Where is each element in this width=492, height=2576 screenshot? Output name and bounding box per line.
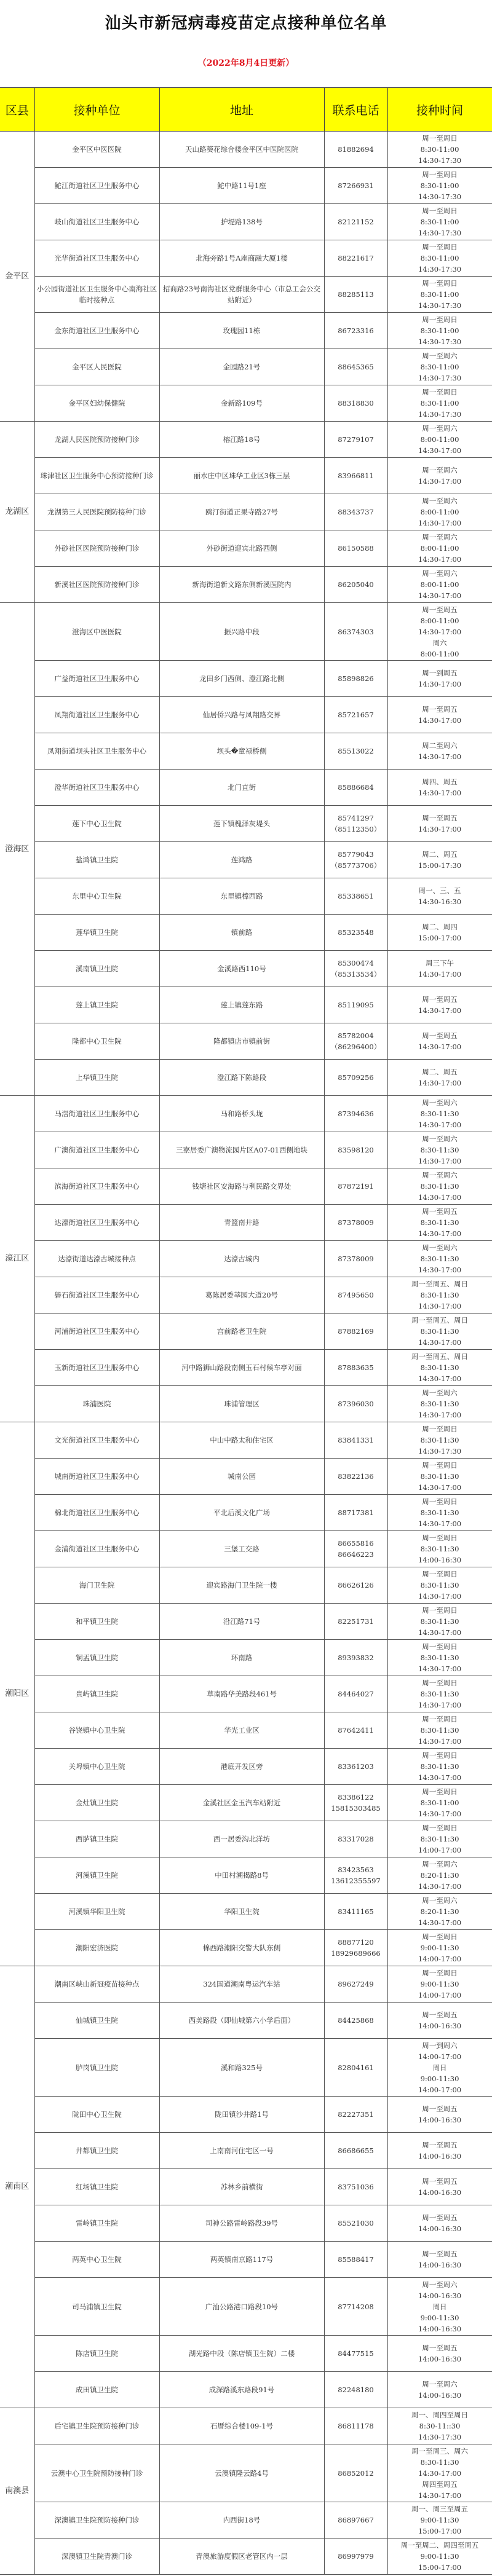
schedule-line: 14:30-17:30 <box>390 300 490 311</box>
address-cell: 金园路21号 <box>159 349 324 385</box>
phone-number: 85898826 <box>327 673 386 684</box>
schedule-cell: 周三下午14:30-17:00 <box>387 951 492 987</box>
table-row: 莲上镇卫生院莲上镇莲东路85119095周一至周五14:30-17:00 <box>0 987 492 1023</box>
schedule-line: 9:00-11:30 <box>390 2515 490 2526</box>
table-row: 澄海区澄海区中医医院振兴路中段86374303周一至周五8:00-11:0014… <box>0 603 492 661</box>
unit-name-cell: 莲华镇卫生院 <box>34 915 159 951</box>
table-row: 陈店镇卫生院湖光路中段（陈店镇卫生院）二楼84477515周一至周五14:00-… <box>0 2336 492 2372</box>
phone-cell: 85782004（86296400） <box>324 1023 387 1060</box>
phone-number: 86852012 <box>327 2468 386 2479</box>
schedule-line: 14:00-16:30 <box>390 1554 490 1566</box>
schedule-line: 周一至周五、周日 <box>390 1351 490 1362</box>
phone-cell: 83361203 <box>324 1749 387 1785</box>
phone-cell: 88318830 <box>324 385 387 422</box>
phone-number: 86626126 <box>327 1580 386 1591</box>
phone-cell: 87378009 <box>324 1205 387 1241</box>
schedule-line: 14:30-17:30 <box>390 2432 490 2443</box>
phone-number: 85741297 <box>327 813 386 824</box>
schedule-line: 14:30-17:00 <box>390 1337 490 1348</box>
phone-cell: 87882169 <box>324 1314 387 1350</box>
phone-number: 85588417 <box>327 2254 386 2265</box>
unit-name-cell: 胪岗镇卫生院 <box>34 2039 159 2097</box>
unit-name-cell: 红场镇卫生院 <box>34 2169 159 2205</box>
phone-number: 86686655 <box>327 2145 386 2156</box>
phone-cell: 88645365 <box>324 349 387 385</box>
schedule-line: 14:30-17:00 <box>390 1119 490 1130</box>
schedule-cell: 周一至周六8:30-11:0014:30-17:30 <box>387 349 492 385</box>
district-cell: 金平区 <box>0 132 34 422</box>
schedule-line: 8:30-11:00 <box>390 325 490 336</box>
schedule-line: 周一至周五 <box>390 1030 490 1041</box>
unit-name-cell: 金平区中医医院 <box>34 132 159 168</box>
phone-cell: 86997979 <box>324 2539 387 2575</box>
phone-number: 84477515 <box>327 2348 386 2359</box>
schedule-line: 周一至周日 <box>390 1641 490 1652</box>
address-cell: 招商路23号南海社区党群服务中心（市总工会公交站附近） <box>159 277 324 313</box>
phone-cell: 87714208 <box>324 2278 387 2336</box>
district-cell: 龙湖区 <box>0 422 34 603</box>
schedule-line: 15:00-17:00 <box>390 932 490 943</box>
unit-name-cell: 深澳镇卫生院青澳门诊 <box>34 2539 159 2575</box>
district-cell: 澄海区 <box>0 603 34 1096</box>
phone-number: 88717381 <box>327 1507 386 1518</box>
phone-number: 87883635 <box>327 1362 386 1373</box>
schedule-cell: 周一至周日9:00-11:3014:00-17:00 <box>387 1930 492 1966</box>
table-row: 莲下中心卫生院莲下镇槐泽灰堤头85741297（85112350）周一至周五14… <box>0 806 492 842</box>
phone-number: 86205040 <box>327 579 386 590</box>
table-row: 金平区妇幼保健院金新路109号88318830周一至周日8:30-11:0014… <box>0 385 492 422</box>
address-cell: 鮀中路11号1座 <box>159 168 324 204</box>
schedule-line: 8:30-11:00 <box>390 361 490 372</box>
schedule-line: 8:30-11:30 <box>390 1507 490 1518</box>
schedule-line: 周四、周五 <box>390 776 490 787</box>
address-cell: 河中路狮山路段南侧玉石村候车亭对面 <box>159 1350 324 1386</box>
table-row: 深澳镇卫生院青澳门诊青澳旅游度假区老管区内一层86997979周一至周二、周四至… <box>0 2539 492 2575</box>
schedule-line: 8:30-11:00 <box>390 144 490 155</box>
address-cell: 外砂街道迎宾北路西侧 <box>159 530 324 567</box>
schedule-cell: 周四、周五14:30-17:00 <box>387 770 492 806</box>
schedule-line: 14:00-16:30 <box>390 2020 490 2031</box>
schedule-line: 14:30-17:00 <box>390 2468 490 2479</box>
schedule-line: 14:30-17:00 <box>390 787 490 798</box>
schedule-line: 14:00-17:00 <box>390 2084 490 2095</box>
table-row: 小公园街道社区卫生服务中心南海社区临时接种点招商路23号南海社区党群服务中心（市… <box>0 277 492 313</box>
schedule-line: 周一至周五 <box>390 604 490 615</box>
district-cell: 濠江区 <box>0 1096 34 1422</box>
table-row: 潮阳区文光街道社区卫生服务中心中山中路太和住宅区83841331周一至周日8:3… <box>0 1422 492 1459</box>
phone-number: 86811178 <box>327 2420 386 2432</box>
phone-number: 88285113 <box>327 289 386 300</box>
phone-number: 83411165 <box>327 1906 386 1917</box>
unit-name-cell: 玉新街道社区卫生服务中心 <box>34 1350 159 1386</box>
schedule-cell: 周一至周日8:30-11:3014:30-17:30 <box>387 1422 492 1459</box>
schedule-line: 8:30-11:30 <box>390 1688 490 1700</box>
schedule-line: 15:00-17:00 <box>390 2562 490 2573</box>
schedule-cell: 周一至周日8:30-11:0014:30-17:30 <box>387 277 492 313</box>
schedule-line: 14:00-16:30 <box>390 2290 490 2301</box>
phone-number: （85112350） <box>327 824 386 835</box>
schedule-line: 周一至周日 <box>390 242 490 253</box>
unit-name-cell: 礐石街道社区卫生服务中心 <box>34 1277 159 1314</box>
unit-name-cell: 西胪镇卫生院 <box>34 1821 159 1857</box>
unit-name-cell: 雷岭镇卫生院 <box>34 2205 159 2242</box>
schedule-line: 周一至周六 <box>390 1895 490 1906</box>
phone-number: 83317028 <box>327 1834 386 1845</box>
address-cell: 草南路华美路段461号 <box>159 1676 324 1712</box>
schedule-cell: 周一至周日8:30-11:0014:30-17:30 <box>387 313 492 349</box>
address-cell: 成深路溪东路段91号 <box>159 2372 324 2408</box>
address-cell: 金新路109号 <box>159 385 324 422</box>
address-cell: 宫前路老卫生院 <box>159 1314 324 1350</box>
schedule-line: 8:30-11:30 <box>390 1652 490 1663</box>
table-row: 达濠街道达濠古城接种点达濠古城内87378009周一至周六8:30-11:301… <box>0 1241 492 1277</box>
schedule-line: 8:30-11::30 <box>390 2420 490 2432</box>
table-row: 西胪镇卫生院西一居委沟北洋坊83317028周一至周日8:30-11:3014:… <box>0 1821 492 1857</box>
schedule-cell: 周一至周日8:30-11:3014:30-17:00 <box>387 1749 492 1785</box>
unit-name-cell: 司马浦镇卫生院 <box>34 2278 159 2336</box>
schedule-cell: 周一至周五14:00-16:30 <box>387 2133 492 2169</box>
phone-cell: 85513022 <box>324 733 387 770</box>
schedule-line: 14:30-17:30 <box>390 372 490 384</box>
unit-name-cell: 和平镇卫生院 <box>34 1604 159 1640</box>
table-row: 云澳中心卫生院预防接种门诊云澳镇隆云路4号86852012周一至周三、周六8:3… <box>0 2444 492 2502</box>
unit-name-cell: 城南街道社区卫生服务中心 <box>34 1459 159 1495</box>
phone-cell: 88717381 <box>324 1495 387 1531</box>
phone-number: 85119095 <box>327 999 386 1010</box>
phone-cell: 86723316 <box>324 313 387 349</box>
schedule-cell: 周一至周六8:30-11:3014:30-17:00 <box>387 1096 492 1132</box>
address-cell: 莲鸿路 <box>159 842 324 878</box>
table-row: 铜盂镇卫生院环南路89393832周一至周日8:30-11:3014:30-17… <box>0 1640 492 1676</box>
unit-name-cell: 棉北街道社区卫生服务中心 <box>34 1495 159 1531</box>
schedule-line: 8:00-11:00 <box>390 648 490 660</box>
unit-name-cell: 新溪社区医院预防接种门诊 <box>34 567 159 603</box>
table-row: 城南街道社区卫生服务中心城南公园83822136周一至周日8:30-11:301… <box>0 1459 492 1495</box>
schedule-cell: 周一至周六8:30-11:3014:30-17:00 <box>387 1132 492 1168</box>
schedule-line: 14:30-17:00 <box>390 969 490 980</box>
schedule-line: 14:30-17:00 <box>390 679 490 690</box>
schedule-line: 9:00-11:30 <box>390 1942 490 1953</box>
phone-cell: 85709256 <box>324 1060 387 1096</box>
phone-number: 86150588 <box>327 543 386 554</box>
unit-name-cell: 光华街道社区卫生服务中心 <box>34 240 159 277</box>
table-row: 仙城镇卫生院西美路段（即仙城第六小学后面）84425868周一至周五14:00-… <box>0 2003 492 2039</box>
header-address: 地址 <box>159 88 324 132</box>
schedule-cell: 周一至周日8:30-11:3014:30-17:00 <box>387 1640 492 1676</box>
unit-name-cell: 河浦街道社区卫生服务中心 <box>34 1314 159 1350</box>
table-row: 和平镇卫生院沿江路71号82251731周一至周日8:30-11:3014:30… <box>0 1604 492 1640</box>
unit-name-cell: 潮阳宏济医院 <box>34 1930 159 1966</box>
phone-cell: 8342356313612355597 <box>324 1857 387 1894</box>
address-cell: 石厝综合楼109-1号 <box>159 2408 324 2444</box>
phone-cell: 83841331 <box>324 1422 387 1459</box>
unit-name-cell: 云澳中心卫生院预防接种门诊 <box>34 2444 159 2502</box>
schedule-line: 周一到周五 <box>390 668 490 679</box>
schedule-line: 14:30-17:30 <box>390 1446 490 1457</box>
address-cell: 内西街18号 <box>159 2502 324 2539</box>
schedule-line: 8:30-11:00 <box>390 216 490 227</box>
district-cell: 潮南区 <box>0 1966 34 2408</box>
schedule-cell: 周一至周五14:00-16:30 <box>387 2336 492 2372</box>
table-row: 龙湖区龙湖人民医院预防接种门诊榕江路18号87279107周一至周六8:00-1… <box>0 422 492 458</box>
address-cell: 平北后溪文化广场 <box>159 1495 324 1531</box>
phone-number: 18929689666 <box>327 1948 386 1959</box>
schedule-line: 8:30-11:30 <box>390 1543 490 1554</box>
unit-name-cell: 外砂社区医院预防接种门诊 <box>34 530 159 567</box>
schedule-line: 15:00-17:30 <box>390 860 490 871</box>
schedule-cell: 周一、周四至周日8:30-11::3014:30-17:30 <box>387 2408 492 2444</box>
address-cell: 坝头�童禄桥侧 <box>159 733 324 770</box>
schedule-line: 周一至周六 <box>390 465 490 476</box>
schedule-line: 14:30-17:00 <box>390 445 490 456</box>
unit-name-cell: 岐山街道社区卫生服务中心 <box>34 204 159 240</box>
unit-name-cell: 成田镇卫生院 <box>34 2372 159 2408</box>
schedule-line: 14:00-17:00 <box>390 1845 490 1856</box>
address-cell: 司神公路雷岭路段39号 <box>159 2205 324 2242</box>
schedule-line: 周一至周五 <box>390 2342 490 2353</box>
schedule-cell: 周一至周六8:00-11:0014:30-17:00 <box>387 567 492 603</box>
schedule-line: 周一至周五 <box>390 2248 490 2259</box>
schedule-line: 周一至周五 <box>390 2212 490 2223</box>
schedule-line: 14:00-16:30 <box>390 2223 490 2234</box>
phone-number: 85513022 <box>327 746 386 757</box>
schedule-line: 14:00-16:30 <box>390 2187 490 2198</box>
phone-number: 89627249 <box>327 1979 386 1990</box>
table-row: 潮阳宏济医院棉西路潮阳交警大队东侧8887712018929689666周一至周… <box>0 1930 492 1966</box>
phone-number: 82121152 <box>327 216 386 227</box>
table-row: 南澳县后宅镇卫生院预防接种门诊石厝综合楼109-1号86811178周一、周四至… <box>0 2408 492 2444</box>
phone-number: 84464027 <box>327 1688 386 1700</box>
schedule-cell: 周一至周五14:30-17:00 <box>387 806 492 842</box>
unit-name-cell: 隆都中心卫生院 <box>34 1023 159 1060</box>
phone-number: 83751036 <box>327 2181 386 2192</box>
schedule-cell: 周一至周六14:30-17:00 <box>387 458 492 494</box>
table-row: 棉北街道社区卫生服务中心平北后溪文化广场88717381周一至周日8:30-11… <box>0 1495 492 1531</box>
unit-name-cell: 关埠镇中心卫生院 <box>34 1749 159 1785</box>
phone-cell: 89627249 <box>324 1966 387 2003</box>
update-date-subtitle: （2022年8月4日更新） <box>0 38 492 87</box>
schedule-line: 14:30-17:30 <box>390 336 490 347</box>
address-cell: 北门直街 <box>159 770 324 806</box>
table-row: 溪南镇卫生院金溪路西110号85300474（85313534）周三下午14:3… <box>0 951 492 987</box>
schedule-line: 14:30-17:30 <box>390 264 490 275</box>
phone-cell: 83822136 <box>324 1459 387 1495</box>
schedule-cell: 周一到周五14:30-17:00 <box>387 661 492 697</box>
schedule-line: 周一、周四至周日 <box>390 2409 490 2420</box>
phone-number: 86646223 <box>327 1549 386 1560</box>
schedule-cell: 周一至周日8:30-11:0014:30-17:30 <box>387 168 492 204</box>
schedule-line: 9:00-11:30 <box>390 2312 490 2323</box>
schedule-line: 8:30-11:00 <box>390 1797 490 1808</box>
address-cell: 镇前路 <box>159 915 324 951</box>
schedule-line: 8:00-11:00 <box>390 579 490 590</box>
address-cell: 澄江路下陈路段 <box>159 1060 324 1096</box>
address-cell: 榕江路18号 <box>159 422 324 458</box>
phone-number: （85773706） <box>327 860 386 871</box>
address-cell: 三堡工交路 <box>159 1531 324 1567</box>
address-cell: 三寮居委广澳物流园片区A07-01西侧地块 <box>159 1132 324 1168</box>
schedule-line: 9:00-11:30 <box>390 1979 490 1990</box>
phone-cell: 86150588 <box>324 530 387 567</box>
phone-number: 82251731 <box>327 1616 386 1627</box>
schedule-line: 8:30-11:30 <box>390 1362 490 1373</box>
address-cell: 莲下镇槐泽灰堤头 <box>159 806 324 842</box>
schedule-cell: 周一至周五、周日8:30-11:3014:30-17:00 <box>387 1277 492 1314</box>
schedule-line: 8:20-11:30 <box>390 1870 490 1881</box>
schedule-cell: 周一至周日9:00-11:3014:00-17:00 <box>387 1966 492 2003</box>
schedule-cell: 周一至周五、周日8:30-11:3014:30-17:00 <box>387 1314 492 1350</box>
unit-name-cell: 澄华街道社区卫生服务中心 <box>34 770 159 806</box>
phone-number: 83822136 <box>327 1471 386 1482</box>
vaccination-sites-table: 区县 接种单位 地址 联系电话 接种时间 金平区金平区中医医院天山路葵花综合楼金… <box>0 87 492 2575</box>
phone-cell: 85721657 <box>324 697 387 733</box>
phone-cell: 84477515 <box>324 2336 387 2372</box>
schedule-line: 周一至周六 <box>390 2379 490 2390</box>
unit-name-cell: 河溪镇华阳卫生院 <box>34 1894 159 1930</box>
address-cell: 天山路葵花综合楼金平区中医院医院 <box>159 132 324 168</box>
schedule-line: 14:30-17:00 <box>390 1077 490 1089</box>
schedule-line: 14:30-17:30 <box>390 155 490 166</box>
table-row: 陇田中心卫生院陇田镇沙井路1号82227351周一至周五14:00-16:30 <box>0 2097 492 2133</box>
table-row: 光华街道社区卫生服务中心北海旁路1号A座商融大厦1楼88221617周一至周日8… <box>0 240 492 277</box>
unit-name-cell: 贵屿镇卫生院 <box>34 1676 159 1712</box>
schedule-line: 周一至周六 <box>390 1170 490 1181</box>
phone-cell: 82227351 <box>324 2097 387 2133</box>
address-cell: 324国道潮南粤运汽车站 <box>159 1966 324 2003</box>
header-time: 接种时间 <box>387 88 492 132</box>
schedule-cell: 周一至周五14:00-16:30 <box>387 2003 492 2039</box>
address-cell: 广汕公路港口路段10号 <box>159 2278 324 2336</box>
schedule-line: 周一至周五 <box>390 994 490 1005</box>
phone-cell: 85338651 <box>324 878 387 915</box>
phone-number: 88221617 <box>327 253 386 264</box>
schedule-line: 9:00-11:30 <box>390 2073 490 2084</box>
table-row: 雷岭镇卫生院司神公路雷岭路段39号85521030周一至周五14:00-16:3… <box>0 2205 492 2242</box>
phone-cell: 87396030 <box>324 1386 387 1422</box>
phone-cell: 83966811 <box>324 458 387 494</box>
address-cell: 龙田乡门西侧、澄江路北侧 <box>159 661 324 697</box>
address-cell: 城南公园 <box>159 1459 324 1495</box>
schedule-line: 周一至周日 <box>390 1822 490 1834</box>
phone-number: 85721657 <box>327 709 386 720</box>
schedule-line: 8:30-11:30 <box>390 1616 490 1627</box>
phone-cell: 85323548 <box>324 915 387 951</box>
unit-name-cell: 达濠街道社区卫生服务中心 <box>34 1205 159 1241</box>
phone-cell: 87872191 <box>324 1168 387 1205</box>
schedule-line: 14:00-16:30 <box>390 2390 490 2401</box>
schedule-line: 14:00-16:30 <box>390 2114 490 2125</box>
phone-number: 86374303 <box>327 626 386 637</box>
unit-name-cell: 上华镇卫生院 <box>34 1060 159 1096</box>
phone-cell: 81882694 <box>324 132 387 168</box>
schedule-line: 14:30-16:30 <box>390 896 490 907</box>
unit-name-cell: 小公园街道社区卫生服务中心南海社区临时接种点 <box>34 277 159 313</box>
table-row: 隆都中心卫生院隆都镇店市镇前街85782004（86296400）周一至周五14… <box>0 1023 492 1060</box>
phone-cell: 86374303 <box>324 603 387 661</box>
schedule-line: 8:30-11:30 <box>390 1253 490 1264</box>
schedule-line: 周一至周日 <box>390 133 490 144</box>
unit-name-cell: 铜盂镇卫生院 <box>34 1640 159 1676</box>
phone-number: 81882694 <box>327 144 386 155</box>
phone-cell: 85300474（85313534） <box>324 951 387 987</box>
phone-number: 86897667 <box>327 2515 386 2526</box>
schedule-cell: 周一至周六8:00-11:0014:30-17:00 <box>387 494 492 530</box>
schedule-cell: 周一至周日8:30-11:0014:30-17:30 <box>387 240 492 277</box>
address-cell: 云澳镇隆云路4号 <box>159 2444 324 2502</box>
schedule-line: 8:30-11:30 <box>390 1144 490 1156</box>
phone-cell: 82804161 <box>324 2039 387 2097</box>
address-cell: 钱塘社区安海路与利民路交界处 <box>159 1168 324 1205</box>
table-row: 达濠街道社区卫生服务中心青篮南井路87378009周一至周五8:30-11:30… <box>0 1205 492 1241</box>
schedule-line: 8:30-11:30 <box>390 1834 490 1845</box>
table-header-row: 区县 接种单位 地址 联系电话 接种时间 <box>0 88 492 132</box>
schedule-line: 15:00-17:00 <box>390 2526 490 2537</box>
schedule-line: 14:30-17:00 <box>390 1700 490 1711</box>
table-row: 海门卫生院迎宾路海门卫生院一楼86626126周一至周日8:30-11:3014… <box>0 1567 492 1604</box>
unit-name-cell: 潮南区峡山新冠疫苗接种点 <box>34 1966 159 2003</box>
schedule-cell: 周一至周日8:30-11:0014:30-17:30 <box>387 132 492 168</box>
phone-cell: 85898826 <box>324 661 387 697</box>
phone-number: 83361203 <box>327 1761 386 1772</box>
schedule-cell: 周一至周六8:00-11:0014:30-17:00 <box>387 422 492 458</box>
unit-name-cell: 溪南镇卫生院 <box>34 951 159 987</box>
schedule-line: 周一至周六 <box>390 495 490 506</box>
schedule-line: 14:00-17:00 <box>390 1990 490 2001</box>
schedule-line: 14:30-17:00 <box>390 1808 490 1819</box>
unit-name-cell: 珠津社区卫生服务中心预防接种门诊 <box>34 458 159 494</box>
schedule-line: 周一至周日 <box>390 1532 490 1543</box>
schedule-line: 周一至周六 <box>390 1097 490 1108</box>
schedule-line: 14:00-16:30 <box>390 2353 490 2365</box>
schedule-line: 14:30-17:00 <box>390 590 490 601</box>
phone-cell: 85588417 <box>324 2242 387 2278</box>
schedule-line: 14:00-16:30 <box>390 2323 490 2334</box>
schedule-line: 周一至周六 <box>390 1387 490 1398</box>
schedule-line: 周一至周日 <box>390 1496 490 1507</box>
address-cell: 迎宾路海门卫生院一楼 <box>159 1567 324 1604</box>
unit-name-cell: 谷饶镇中心卫生院 <box>34 1712 159 1749</box>
schedule-line: 周日 <box>390 2301 490 2312</box>
schedule-line: 周三下午 <box>390 958 490 969</box>
unit-name-cell: 海门卫生院 <box>34 1567 159 1604</box>
address-cell: 苏林乡前横街 <box>159 2169 324 2205</box>
unit-name-cell: 仙城镇卫生院 <box>34 2003 159 2039</box>
address-cell: 振兴路中段 <box>159 603 324 661</box>
phone-number: 83386122 <box>327 1792 386 1803</box>
address-cell: 隆都镇店市镇前街 <box>159 1023 324 1060</box>
unit-name-cell: 滨海街道社区卫生服务中心 <box>34 1168 159 1205</box>
schedule-line: 14:30-17:00 <box>390 518 490 529</box>
table-row: 广澳街道社区卫生服务中心三寮居委广澳物流园片区A07-01西侧地块8359812… <box>0 1132 492 1168</box>
table-row: 井都镇卫生院上南南河住宅区一号86686655周一至周五14:00-16:30 <box>0 2133 492 2169</box>
header-district: 区县 <box>0 88 34 132</box>
phone-number: 87642411 <box>327 1725 386 1736</box>
table-row: 金平区人民医院金园路21号88645365周一至周六8:30-11:0014:3… <box>0 349 492 385</box>
phone-number: 88343737 <box>327 506 386 518</box>
address-cell: 华光工业区 <box>159 1712 324 1749</box>
schedule-line: 8:00-11:00 <box>390 543 490 554</box>
phone-number: 83598120 <box>327 1144 386 1156</box>
phone-number: 87378009 <box>327 1253 386 1264</box>
phone-number: 85782004 <box>327 1030 386 1041</box>
schedule-line: 8:30-11:30 <box>390 2457 490 2468</box>
table-row: 东里中心卫生院东里镇樟西路85338651周一、三、五14:30-16:30 <box>0 878 492 915</box>
schedule-line: 8:30-11:00 <box>390 180 490 191</box>
address-cell: 新海街道新文路东侧新溪医院内 <box>159 567 324 603</box>
table-row: 外砂社区医院预防接种门诊外砂街道迎宾北路西侧86150588周一至周六8:00-… <box>0 530 492 567</box>
table-row: 红场镇卫生院苏林乡前横街83751036周一至周五14:00-16:30 <box>0 2169 492 2205</box>
address-cell: 金溪路西110号 <box>159 951 324 987</box>
